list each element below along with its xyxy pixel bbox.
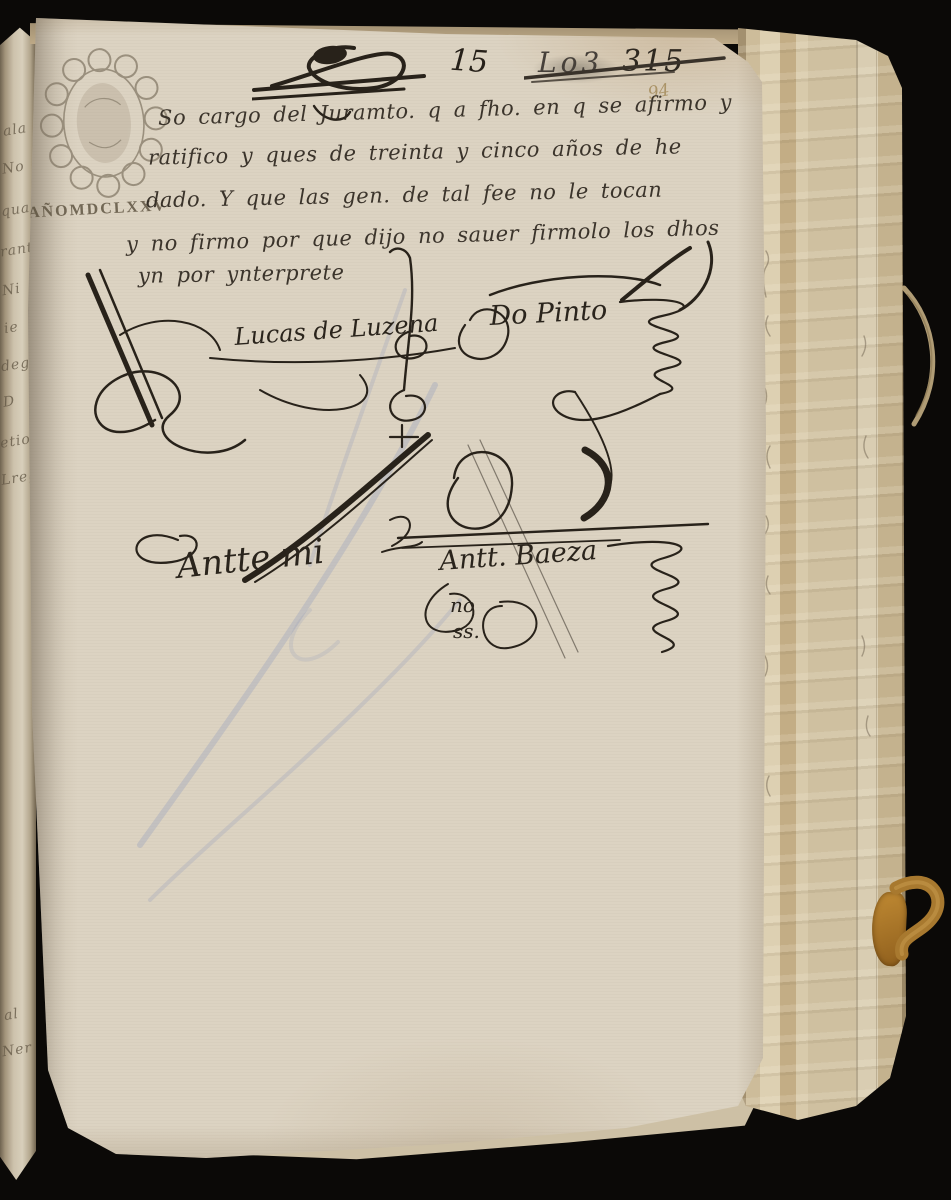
binding-cord xyxy=(896,282,951,432)
folio-number: 15 xyxy=(449,43,490,81)
facing-text-fragment: al xyxy=(3,1006,20,1024)
facing-text-fragment: ie xyxy=(3,319,20,337)
strikethrough-lines xyxy=(524,50,728,88)
facing-text-fragment: Ner xyxy=(1,1040,33,1061)
facing-text-fragment: No xyxy=(1,158,26,177)
notary-abbreviation: no xyxy=(450,593,475,617)
official-seal-stamp xyxy=(36,46,172,204)
signature-notary: Antt. Baeza xyxy=(435,535,598,577)
manuscript-page: AÑOMDCLXXV 15 Lo3 315 94 So cargo del Ju… xyxy=(26,10,766,1160)
facing-text-fragment: ala xyxy=(2,120,28,140)
central-paraph xyxy=(390,249,426,447)
facing-text-fragment: D xyxy=(2,393,17,411)
leather-tie-loop xyxy=(886,868,950,976)
signatures-block: Lucas de Luzena Do Pinto Antte mi Antt. … xyxy=(60,240,760,670)
signature-witness2: Do Pinto xyxy=(488,295,608,332)
facing-text-fragment: qua xyxy=(0,200,31,220)
facing-page-edge: ala No qua rant Ni ie deg D etio H Lreg … xyxy=(0,16,36,1180)
notary-abbreviation: ss. xyxy=(453,619,480,643)
facing-text-fragment: Ni xyxy=(1,281,22,300)
left-rubric-flourish xyxy=(88,270,455,453)
manuscript-line: dado. Y que las gen. de tal fee no le to… xyxy=(146,178,663,213)
manuscript-line: So cargo del Juramto. q a fho. en q se a… xyxy=(158,90,732,130)
facing-text-fragment: deg xyxy=(0,355,31,375)
manuscript-line: ratifico y ques de treinta y cinco años … xyxy=(148,134,682,169)
manuscript-photo: ala No qua rant Ni ie deg D etio H Lreg … xyxy=(0,0,951,1200)
